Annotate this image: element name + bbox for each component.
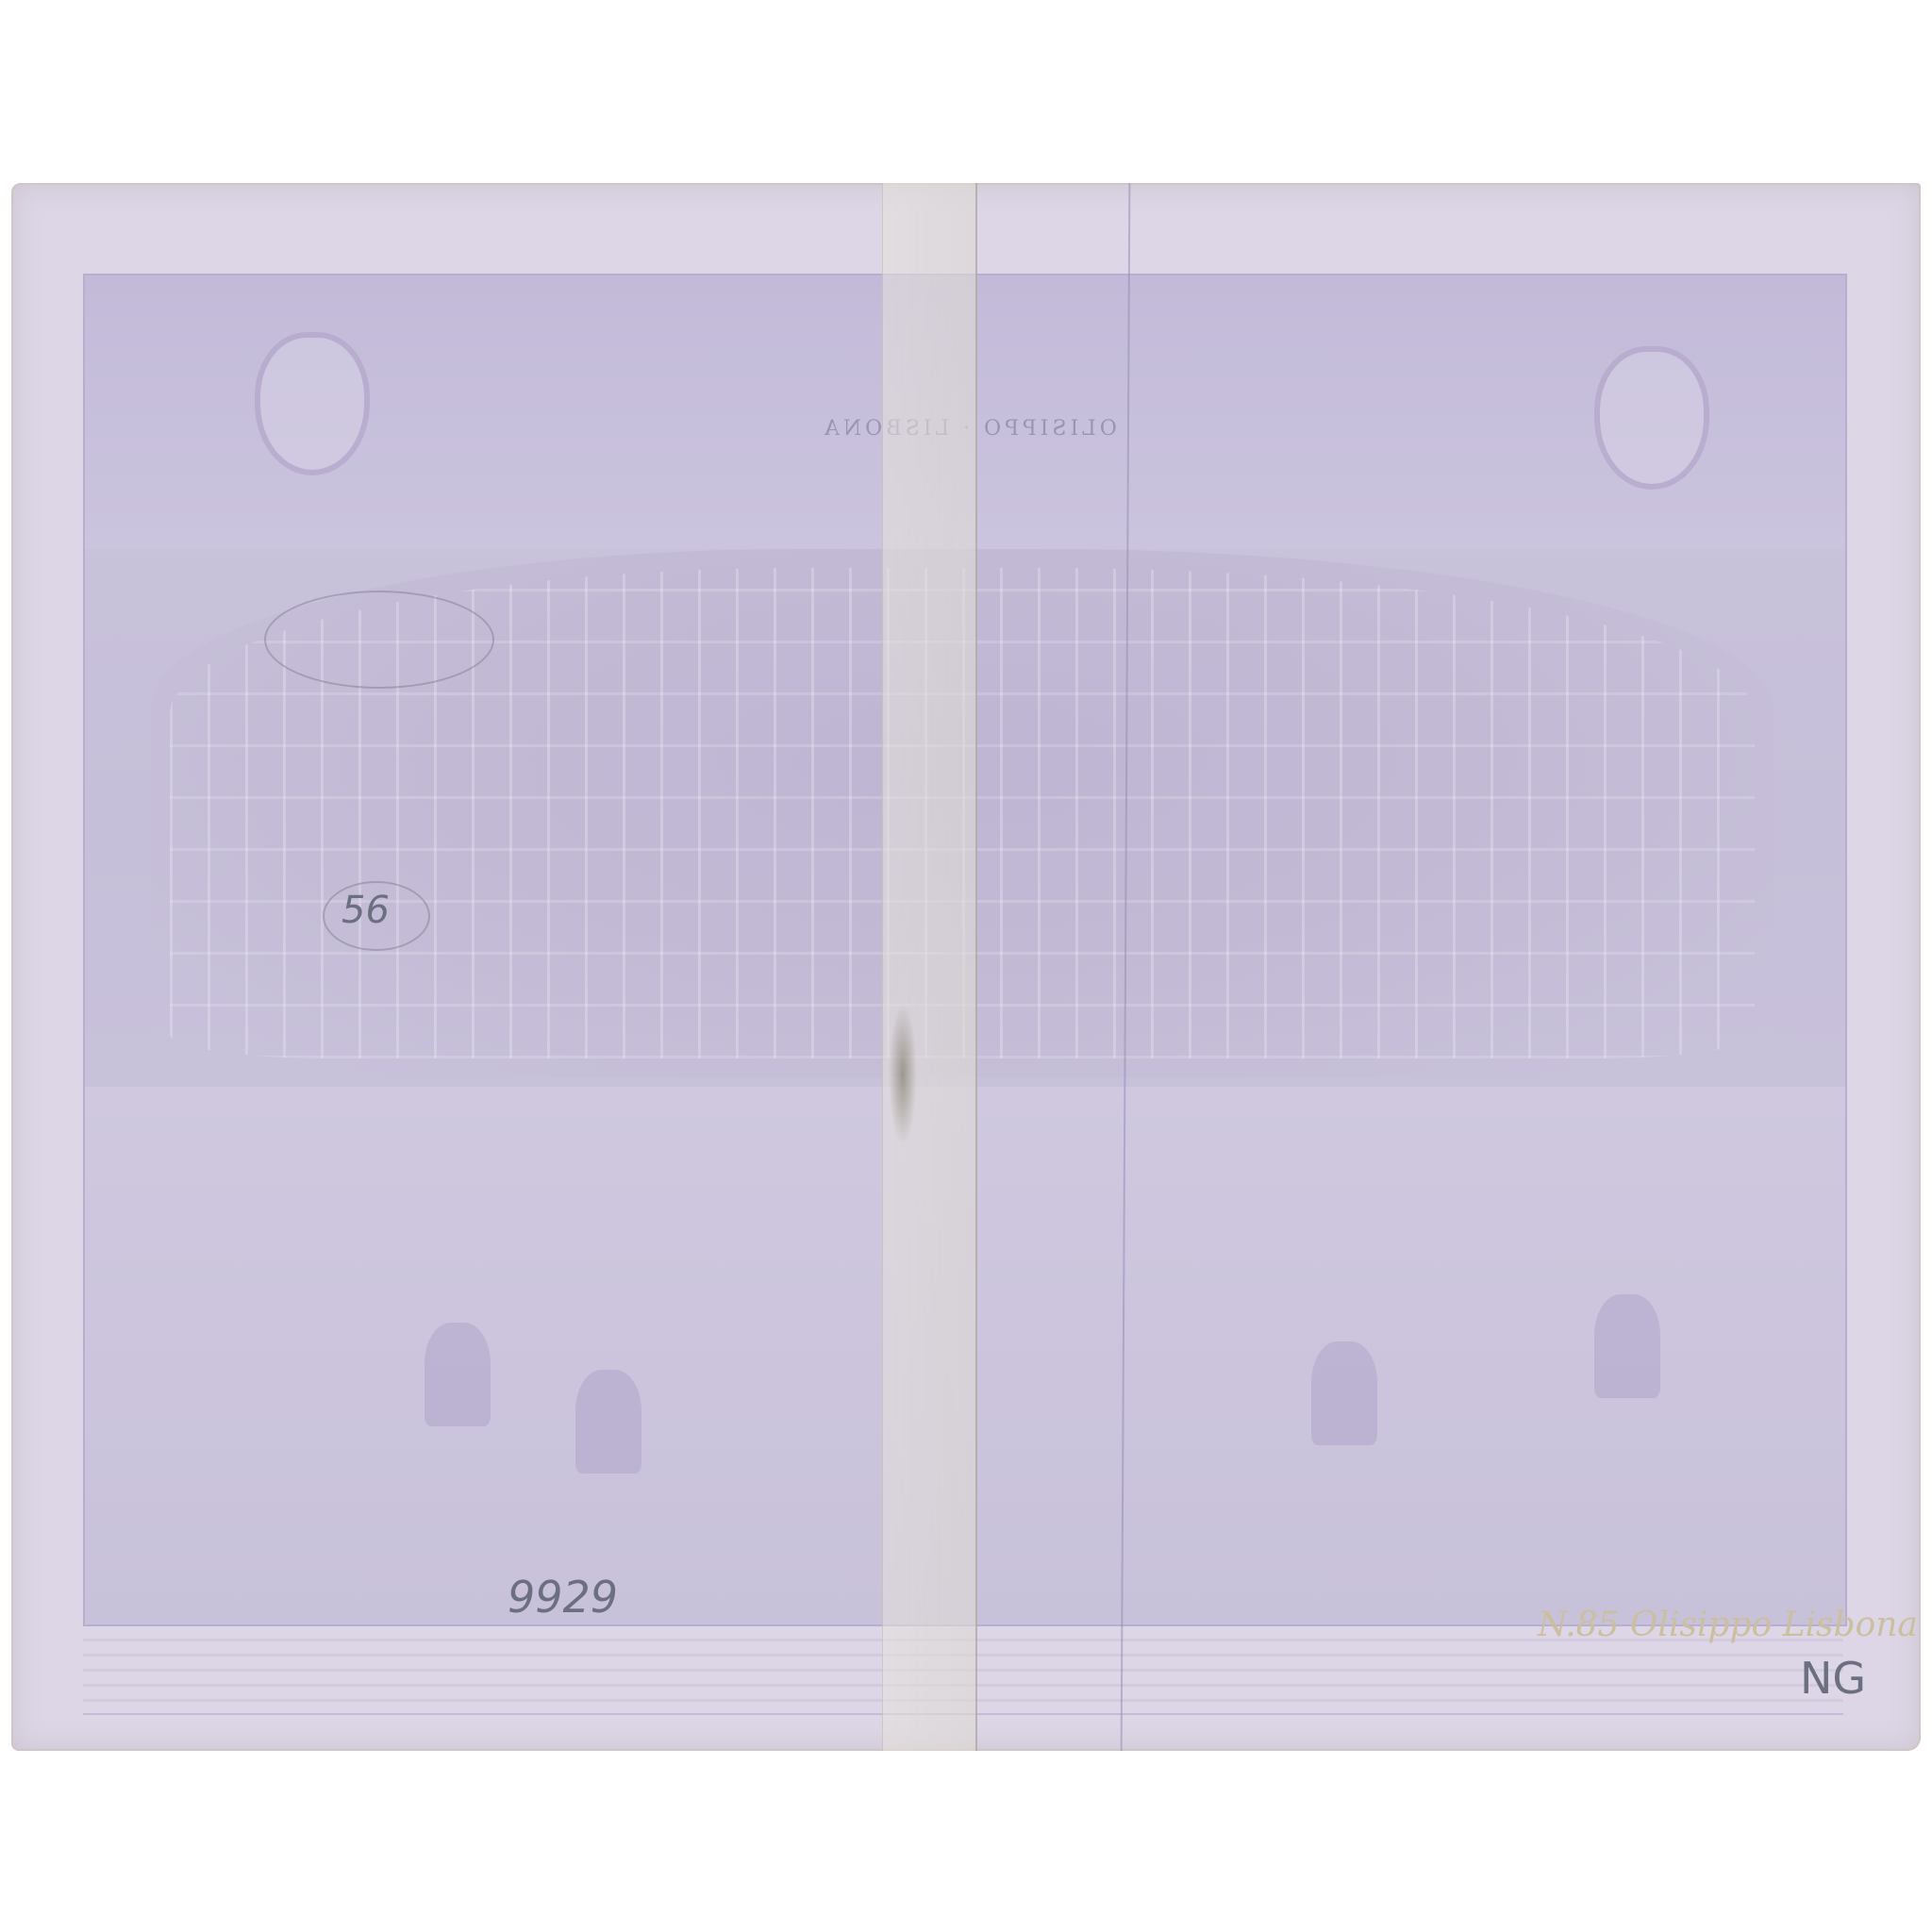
hinge-strip <box>882 183 977 1751</box>
initials: NG <box>1800 1653 1866 1704</box>
ship-icon <box>575 1370 641 1474</box>
ship-icon <box>1594 1294 1660 1398</box>
engraving-sheet-verso: OLISIPPO · LISBONA 56 9929 N.85 Olisippo… <box>11 183 1921 1751</box>
ship-icon <box>1311 1341 1377 1445</box>
catalog-note: N.85 Olisippo Lisbona <box>1538 1606 1918 1644</box>
circled-number: 56 <box>341 889 390 932</box>
inventory-number: 9929 <box>508 1572 618 1623</box>
ship-icon <box>425 1323 491 1426</box>
stain-mark <box>889 1004 917 1145</box>
coat-of-arms-left-icon <box>255 332 370 475</box>
center-fold <box>975 183 977 1751</box>
coat-of-arms-right-icon <box>1594 346 1709 490</box>
circled-scribble-mark <box>264 591 494 689</box>
